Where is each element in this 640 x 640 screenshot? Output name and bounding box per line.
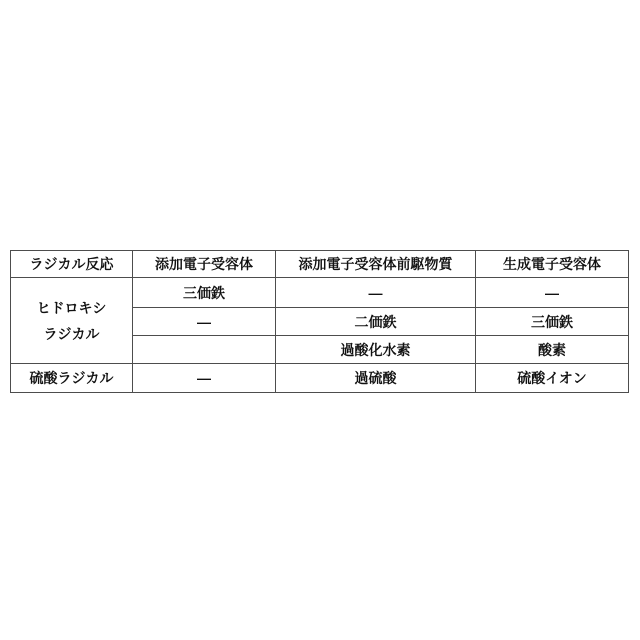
header-radical-reaction: ラジカル反応 bbox=[11, 251, 133, 278]
cell-hydroxyl-2-added-acceptor: ― bbox=[133, 308, 276, 336]
header-added-electron-acceptor: 添加電子受容体 bbox=[133, 251, 276, 278]
table-header-row: ラジカル反応 添加電子受容体 添加電子受容体前駆物質 生成電子受容体 bbox=[11, 251, 629, 278]
cell-hydroxyl-1-precursor: ― bbox=[276, 278, 476, 308]
cell-sulfate-generated-acceptor: 硫酸イオン bbox=[476, 364, 629, 393]
cell-sulfate-radical-label: 硫酸ラジカル bbox=[11, 364, 133, 393]
hydroxyl-label-line1: ヒドロキシ bbox=[11, 295, 132, 321]
cell-sulfate-precursor: 過硫酸 bbox=[276, 364, 476, 393]
table-row-hydroxyl-1: ヒドロキシ ラジカル 三価鉄 ― ― bbox=[11, 278, 629, 308]
cell-hydroxyl-radical-label: ヒドロキシ ラジカル bbox=[11, 278, 133, 364]
table-row-sulfate: 硫酸ラジカル ― 過硫酸 硫酸イオン bbox=[11, 364, 629, 393]
header-added-electron-acceptor-precursor: 添加電子受容体前駆物質 bbox=[276, 251, 476, 278]
hydroxyl-label-line2: ラジカル bbox=[11, 321, 132, 347]
radical-reaction-table: ラジカル反応 添加電子受容体 添加電子受容体前駆物質 生成電子受容体 ヒドロキシ… bbox=[10, 250, 629, 393]
cell-hydroxyl-1-generated-acceptor: ― bbox=[476, 278, 629, 308]
cell-hydroxyl-1-added-acceptor: 三価鉄 bbox=[133, 278, 276, 308]
cell-sulfate-added-acceptor: ― bbox=[133, 364, 276, 393]
cell-hydroxyl-3-precursor: 過酸化水素 bbox=[276, 336, 476, 364]
page-canvas: ラジカル反応 添加電子受容体 添加電子受容体前駆物質 生成電子受容体 ヒドロキシ… bbox=[0, 0, 640, 640]
cell-hydroxyl-2-generated-acceptor: 三価鉄 bbox=[476, 308, 629, 336]
cell-hydroxyl-2-precursor: 二価鉄 bbox=[276, 308, 476, 336]
cell-hydroxyl-3-added-acceptor bbox=[133, 336, 276, 364]
cell-hydroxyl-3-generated-acceptor: 酸素 bbox=[476, 336, 629, 364]
header-generated-electron-acceptor: 生成電子受容体 bbox=[476, 251, 629, 278]
